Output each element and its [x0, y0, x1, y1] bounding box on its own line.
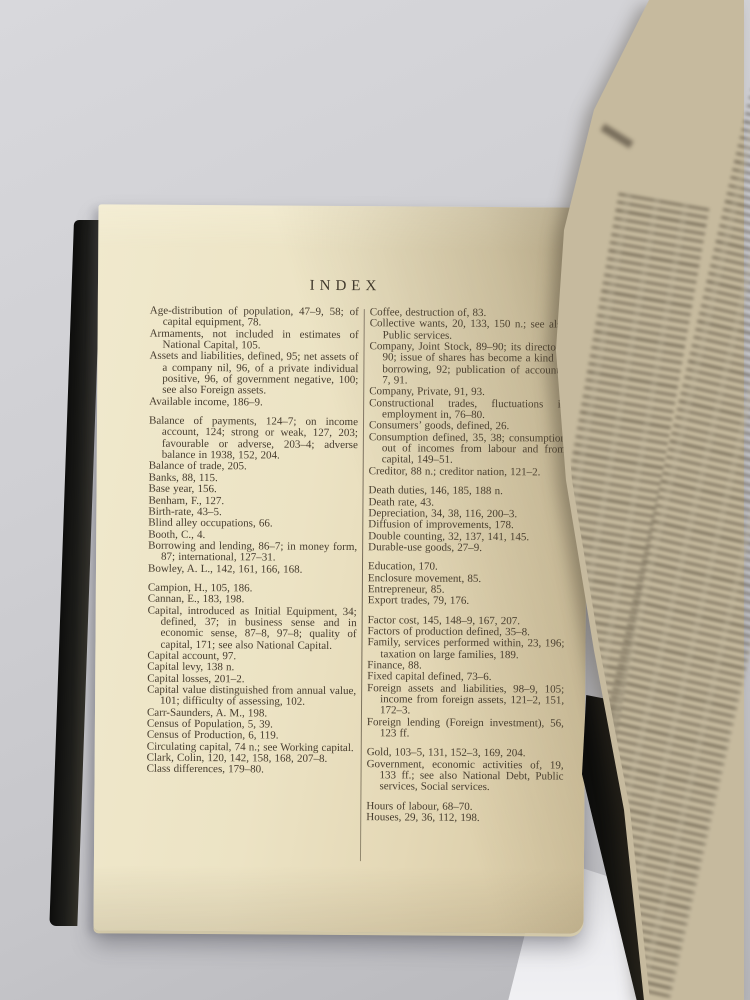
index-entry: Armaments, not included in estimates of … — [150, 328, 359, 352]
index-group: Age-distribution of population, 47–9, 58… — [149, 306, 359, 410]
index-page-content: INDEX Age-distribution of population, 47… — [94, 204, 589, 862]
index-entry: Age-distribution of population, 47–9, 58… — [150, 306, 359, 330]
index-entry: Capital, introduced as Initial Equipment… — [147, 605, 356, 652]
turning-page — [538, 0, 750, 1000]
index-columns: Age-distribution of population, 47–9, 58… — [94, 305, 588, 862]
index-group: Education, 170.Enclosure movement, 85.En… — [368, 561, 565, 608]
index-entry: Houses, 29, 36, 112, 198. — [366, 812, 563, 825]
index-entry: Balance of payments, 124–7; on income ac… — [149, 416, 358, 463]
index-entry: Borrowing and lending, 86–7; in money fo… — [148, 541, 357, 565]
column-divider-rule — [360, 309, 365, 861]
index-group: Death duties, 146, 185, 188 n.Death rate… — [368, 485, 565, 554]
index-entry: Bowley, A. L., 142, 161, 166, 168. — [148, 563, 357, 576]
index-entry: Foreign lending (Foreign investment), 56… — [367, 717, 564, 741]
index-entry: Export trades, 79, 176. — [368, 595, 565, 608]
index-entry: Capital value distinguished from annual … — [147, 685, 356, 709]
index-group: Hours of labour, 68–70.Houses, 29, 36, 1… — [366, 801, 563, 825]
index-entry: Assets and liabilities, defined, 95; net… — [149, 351, 358, 398]
index-group: Gold, 103–5, 131, 152–3, 169, 204.Govern… — [366, 748, 563, 795]
index-entry: Class differences, 179–80. — [147, 764, 356, 777]
index-entry: Family, services performed within, 23, 1… — [367, 637, 564, 661]
index-entry: Company, Joint Stock, 89–90; its directo… — [369, 341, 566, 388]
blurred-running-head — [600, 124, 633, 149]
index-entry: Available income, 186–9. — [149, 396, 358, 409]
index-entry: Government, economic activities of, 19, … — [366, 759, 563, 794]
index-column-left: Age-distribution of population, 47–9, 58… — [146, 306, 359, 861]
index-entry: Constructional trades, fluctuations in e… — [369, 398, 566, 422]
index-group: Balance of payments, 124–7; on income ac… — [148, 416, 358, 576]
index-column-right: Coffee, destruction of, 83.Collective wa… — [366, 307, 567, 862]
index-group: Factor cost, 145, 148–9, 167, 207.Factor… — [367, 615, 565, 741]
book-photo: { "colors": { "background_gray": "#cfcfd… — [0, 0, 750, 1000]
index-entry: Consumption defined, 35, 38; consumption… — [369, 432, 566, 467]
index-entry: Creditor, 88 n.; creditor nation, 121–2. — [369, 466, 566, 479]
index-group: Campion, H., 105, 186.Cannan, E., 183, 1… — [147, 583, 357, 777]
index-page: INDEX Age-distribution of population, 47… — [93, 204, 588, 933]
index-entry: Durable-use goods, 27–9. — [368, 542, 565, 555]
page-heading: INDEX — [98, 276, 588, 296]
index-entry: Foreign assets and liabilities, 98–9, 10… — [367, 683, 564, 718]
